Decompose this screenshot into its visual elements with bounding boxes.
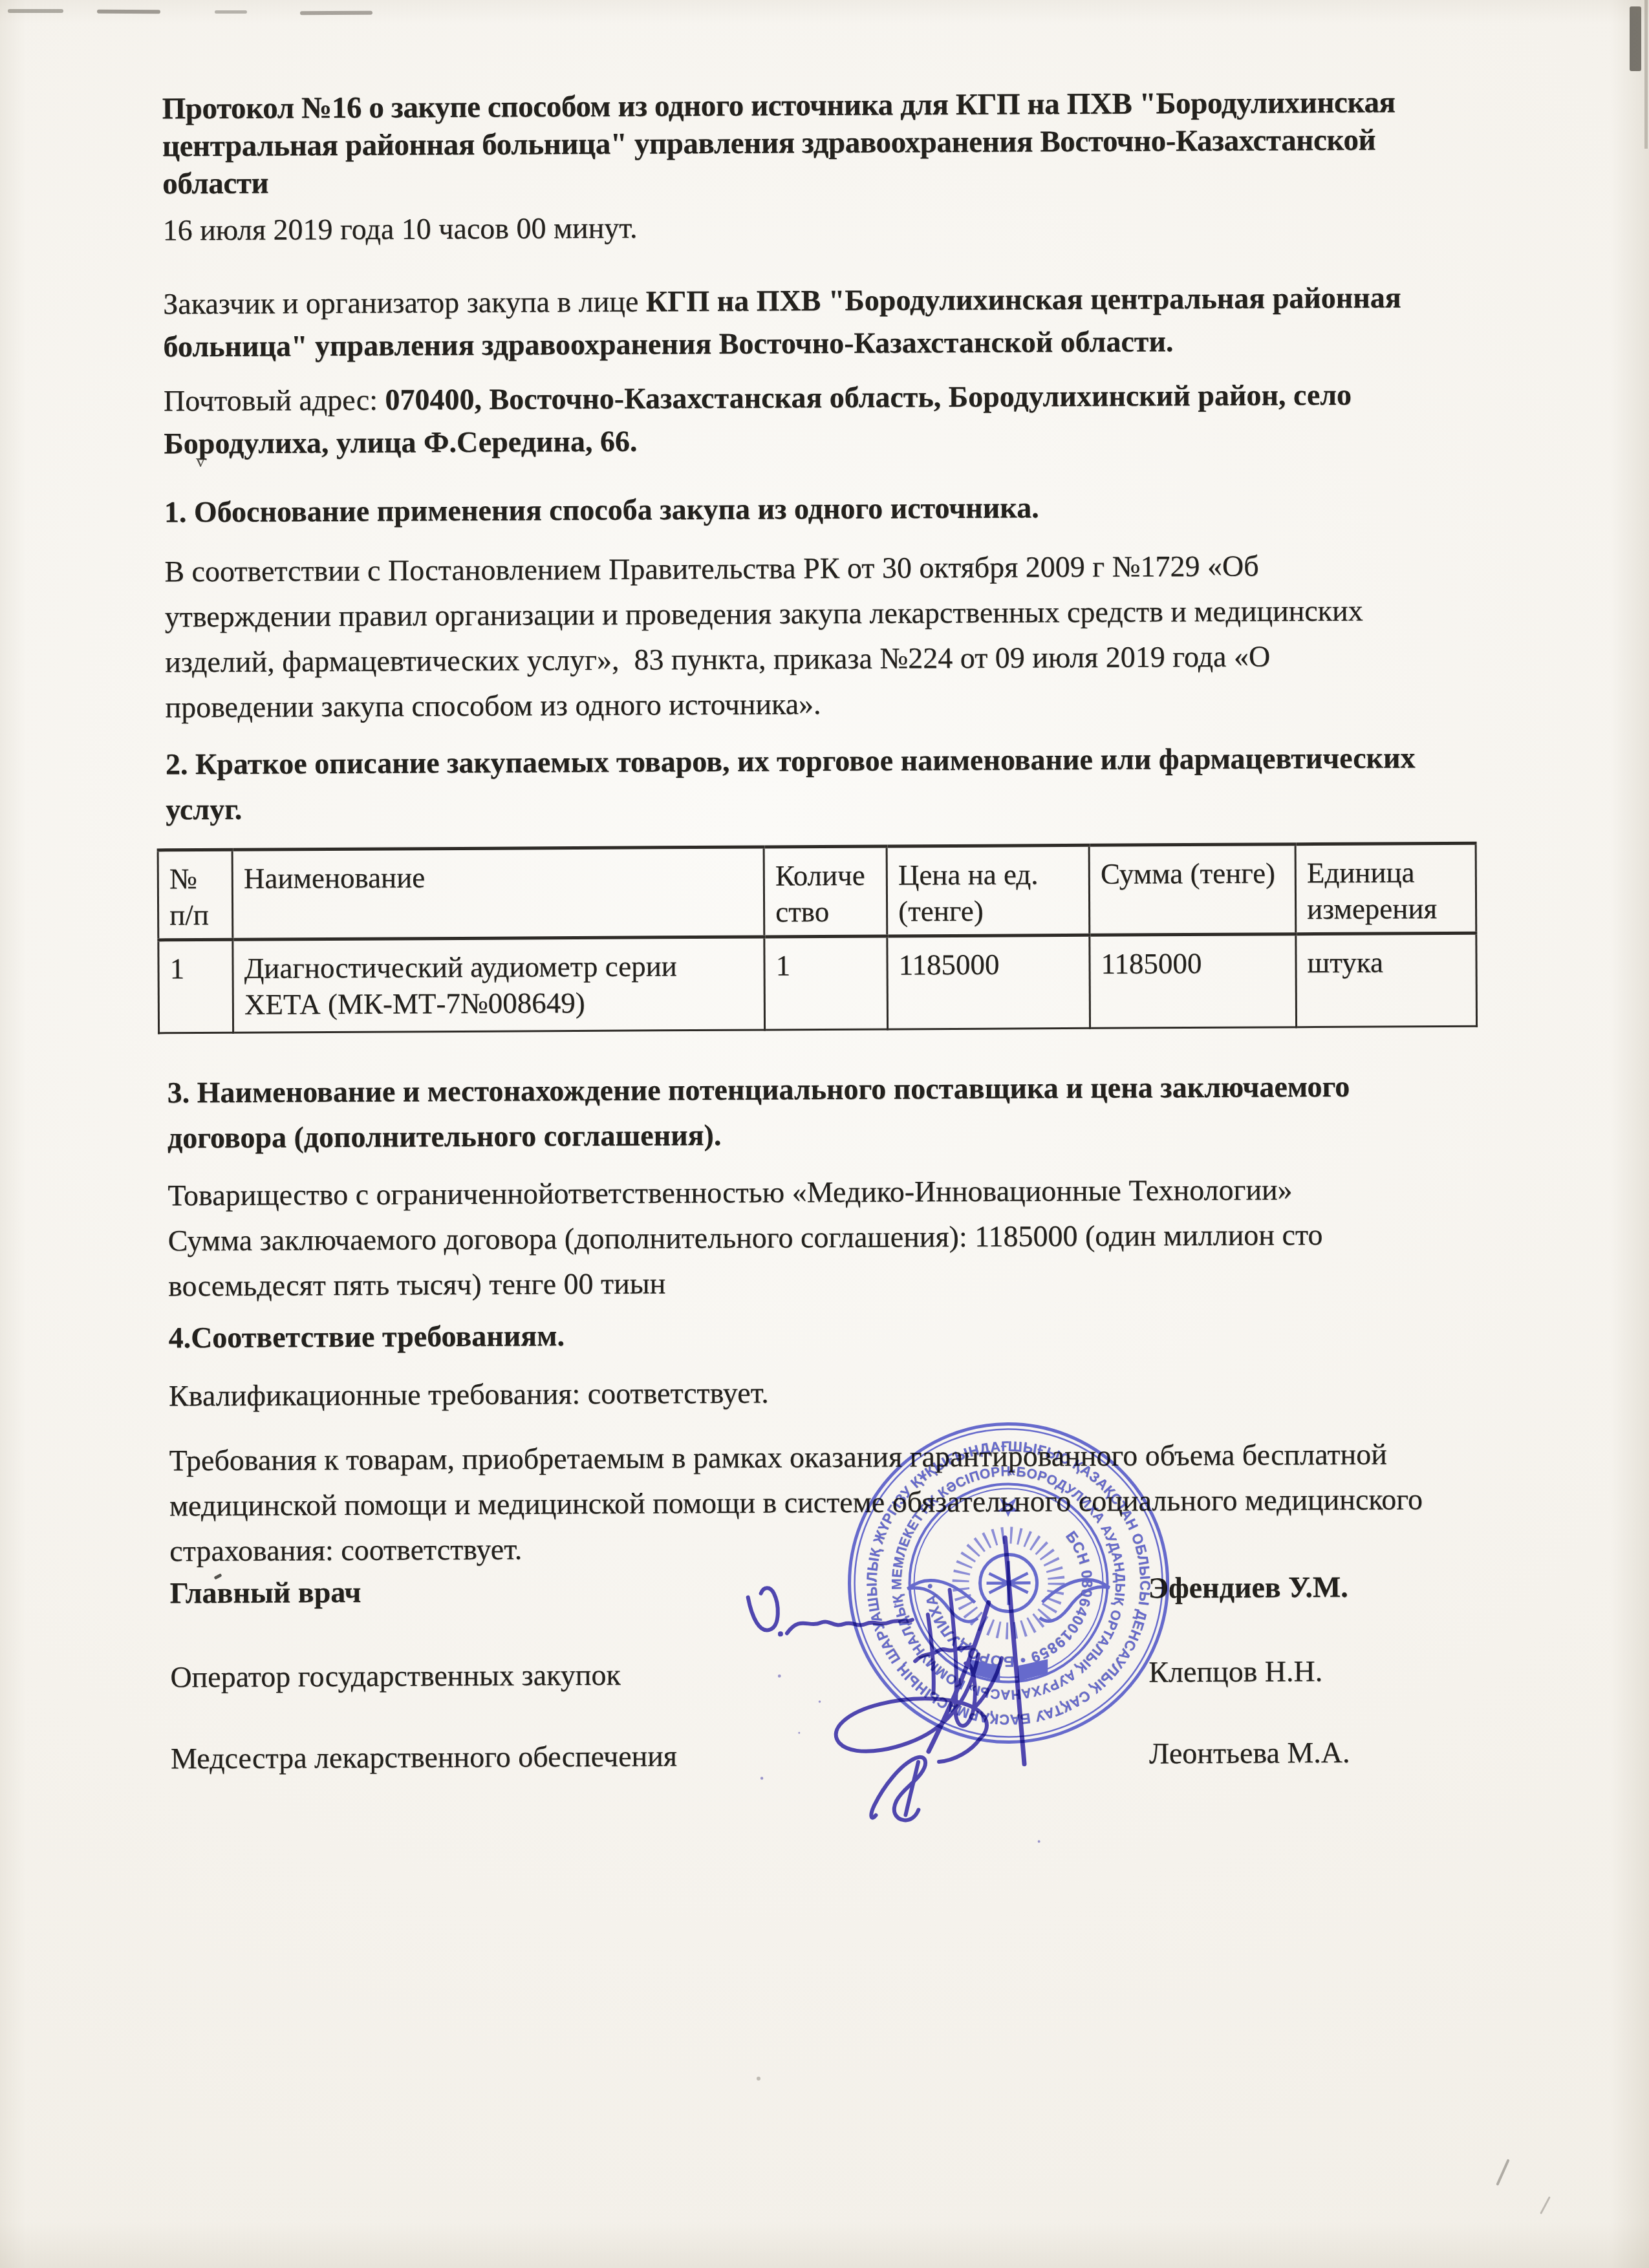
section1-line: утверждении правил организации и проведе… (165, 588, 1363, 640)
section1-line: проведении закупа способом из одного ист… (165, 679, 1363, 731)
title-line: области (162, 158, 1396, 202)
section3-heading-line: 3. Наименование и местонахождение потенц… (167, 1064, 1350, 1116)
cell-number: 1 (158, 939, 233, 1033)
postal-line: Почтовый адрес: 070400, Восточно-Казахст… (164, 374, 1352, 423)
customer-line: Заказчик и организатор закупа в лице КГП… (163, 276, 1401, 325)
col-header-unit: Единица измерения (1295, 843, 1476, 934)
signature-chief-physician (748, 1537, 1024, 1765)
ink-speckles (760, 1603, 1040, 1845)
section4-heading-line: 4.Соответствие требованиям. (168, 1313, 565, 1360)
section3-heading: 3. Наименование и местонахождение потенц… (167, 1064, 1350, 1161)
section3-heading-line: договора (дополнительного соглашения). (167, 1109, 1350, 1161)
section1-line: В соответствии с Постановлением Правител… (164, 543, 1363, 595)
document-scan-content: Протокол №16 о закупе способом из одного… (0, 0, 1649, 2268)
section2-heading: 2. Краткое описание закупаемых товаров, … (166, 735, 1416, 832)
postal-prefix: Почтовый адрес: (164, 383, 385, 418)
signature-nurse (871, 1757, 926, 1821)
postal-address-paragraph: Почтовый адрес: 070400, Восточно-Казахст… (164, 374, 1352, 465)
cell-unit-price: 1185000 (887, 935, 1090, 1029)
section3-line: восемьдесят пять тысяч) тенге 00 тиын (168, 1257, 1323, 1309)
protocol-datetime: 16 июля 2019 года 10 часов 00 минут. (162, 205, 637, 253)
scanned-document-page: Протокол №16 о закупе способом из одного… (0, 0, 1649, 2268)
qualification-text: Квалификационные требования: соответству… (169, 1370, 769, 1418)
col-header-unit-price: Цена на ед. (тенге) (887, 845, 1090, 936)
customer-name: КГП на ПХВ "Бородулихинская центральная … (646, 281, 1401, 317)
cell-quantity: 1 (764, 936, 888, 1030)
cell-sum: 1185000 (1090, 934, 1297, 1029)
section2-heading-line: 2. Краткое описание закупаемых товаров, … (166, 735, 1416, 787)
goods-table: № п/п Наименование Количе ство Цена на е… (157, 842, 1478, 1034)
section2-heading-line: услуг. (166, 780, 1416, 832)
handwritten-signatures (701, 1504, 1169, 1973)
section4-heading: 4.Соответствие требованиям. (168, 1313, 565, 1360)
section1-heading-line: 1. Обоснование применения способа закупа… (164, 485, 1039, 535)
col-header-name: Наименование (232, 847, 764, 939)
customer-paragraph: Заказчик и организатор закупа в лице КГП… (163, 276, 1401, 368)
datetime-line: 16 июля 2019 года 10 часов 00 минут. (162, 205, 637, 253)
cell-unit: штука (1296, 933, 1477, 1027)
title-line: Протокол №16 о закупе способом из одного… (162, 83, 1395, 127)
section1-paragraph: В соответствии с Постановлением Правител… (164, 543, 1363, 731)
goods-table-header-row: № п/п Наименование Количе ство Цена на е… (158, 843, 1476, 940)
signatory-role: Оператор государственных закупок (170, 1658, 621, 1695)
signatory-role: Главный врач (169, 1575, 361, 1610)
section3-paragraph: Товарищество с ограниченнойответственнос… (167, 1167, 1323, 1309)
section1-line: изделий, фармацевтических услуг», 83 пун… (165, 634, 1363, 685)
section1-heading: 1. Обоснование применения способа закупа… (164, 485, 1039, 535)
cell-name: Диагностический аудиометр серии ХЕТА (МК… (233, 937, 765, 1032)
customer-line: больница" управления здравоохранения Вос… (163, 319, 1401, 368)
postal-line: Бородулиха, улица Ф.Середина, 66. (164, 416, 1352, 465)
title-line: центральная районная больница" управлени… (162, 121, 1396, 165)
goods-table-row: 1 Диагностический аудиометр серии ХЕТА (… (158, 933, 1477, 1033)
protocol-title: Протокол №16 о закупе способом из одного… (162, 83, 1396, 202)
qualification-line: Квалификационные требования: соответству… (169, 1370, 769, 1418)
customer-prefix: Заказчик и организатор закупа в лице (163, 284, 646, 320)
section4-line: Требования к товарам, приобретаемым в ра… (169, 1431, 1422, 1483)
col-header-sum: Сумма (тенге) (1089, 844, 1296, 936)
scan-artifact-edge-line (1644, 0, 1648, 149)
col-header-quantity: Количе ство (764, 846, 887, 937)
signatory-role: Медсестра лекарственного обеспечения (171, 1738, 677, 1775)
col-header-number: № п/п (158, 850, 233, 940)
postal-address: 070400, Восточно-Казахстанская область, … (385, 378, 1352, 416)
section3-line: Товарищество с ограниченнойответственнос… (167, 1167, 1322, 1218)
section3-line: Сумма заключаемого договора (дополнитель… (168, 1212, 1323, 1263)
